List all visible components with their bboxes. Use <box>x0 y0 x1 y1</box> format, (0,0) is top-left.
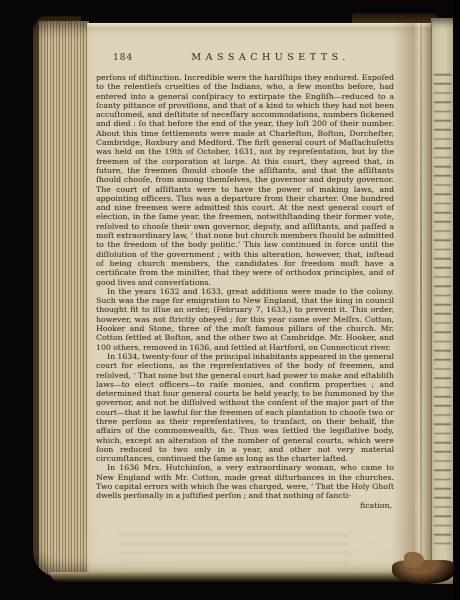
paragraph: In 1636 Mrs. Hutchinſon, a very extraord… <box>96 463 394 500</box>
page-header: 184 MASSACHUSETTS. <box>96 52 394 66</box>
book-photo: 184 MASSACHUSETTS. perſons of diſtinctio… <box>0 0 460 600</box>
paragraph: In the years 1632 and 1633, great additi… <box>96 287 394 352</box>
page-top-highlight <box>87 23 431 29</box>
background-right-edge <box>453 0 460 600</box>
running-head: MASSACHUSETTS. <box>133 52 394 63</box>
catchword: fication, <box>96 501 394 510</box>
page-bottom-edge <box>50 572 432 582</box>
facing-page-text-lines <box>434 74 451 544</box>
page-number: 184 <box>113 53 133 63</box>
printed-content: 184 MASSACHUSETTS. perſons of diſtinctio… <box>96 52 394 510</box>
page-fore-edges <box>33 21 89 577</box>
ink-show-through <box>120 534 350 562</box>
worn-leather-chip <box>404 552 424 568</box>
paragraph: perſons of diſtinction. Incredible were … <box>96 73 394 287</box>
gutter-crease <box>420 23 422 576</box>
facing-page-sliver <box>431 18 454 584</box>
gutter-shadow <box>392 23 431 576</box>
page-text: perſons of diſtinction. Incredible were … <box>96 73 394 510</box>
paragraph: In 1634, twenty-four of the principal in… <box>96 352 394 464</box>
